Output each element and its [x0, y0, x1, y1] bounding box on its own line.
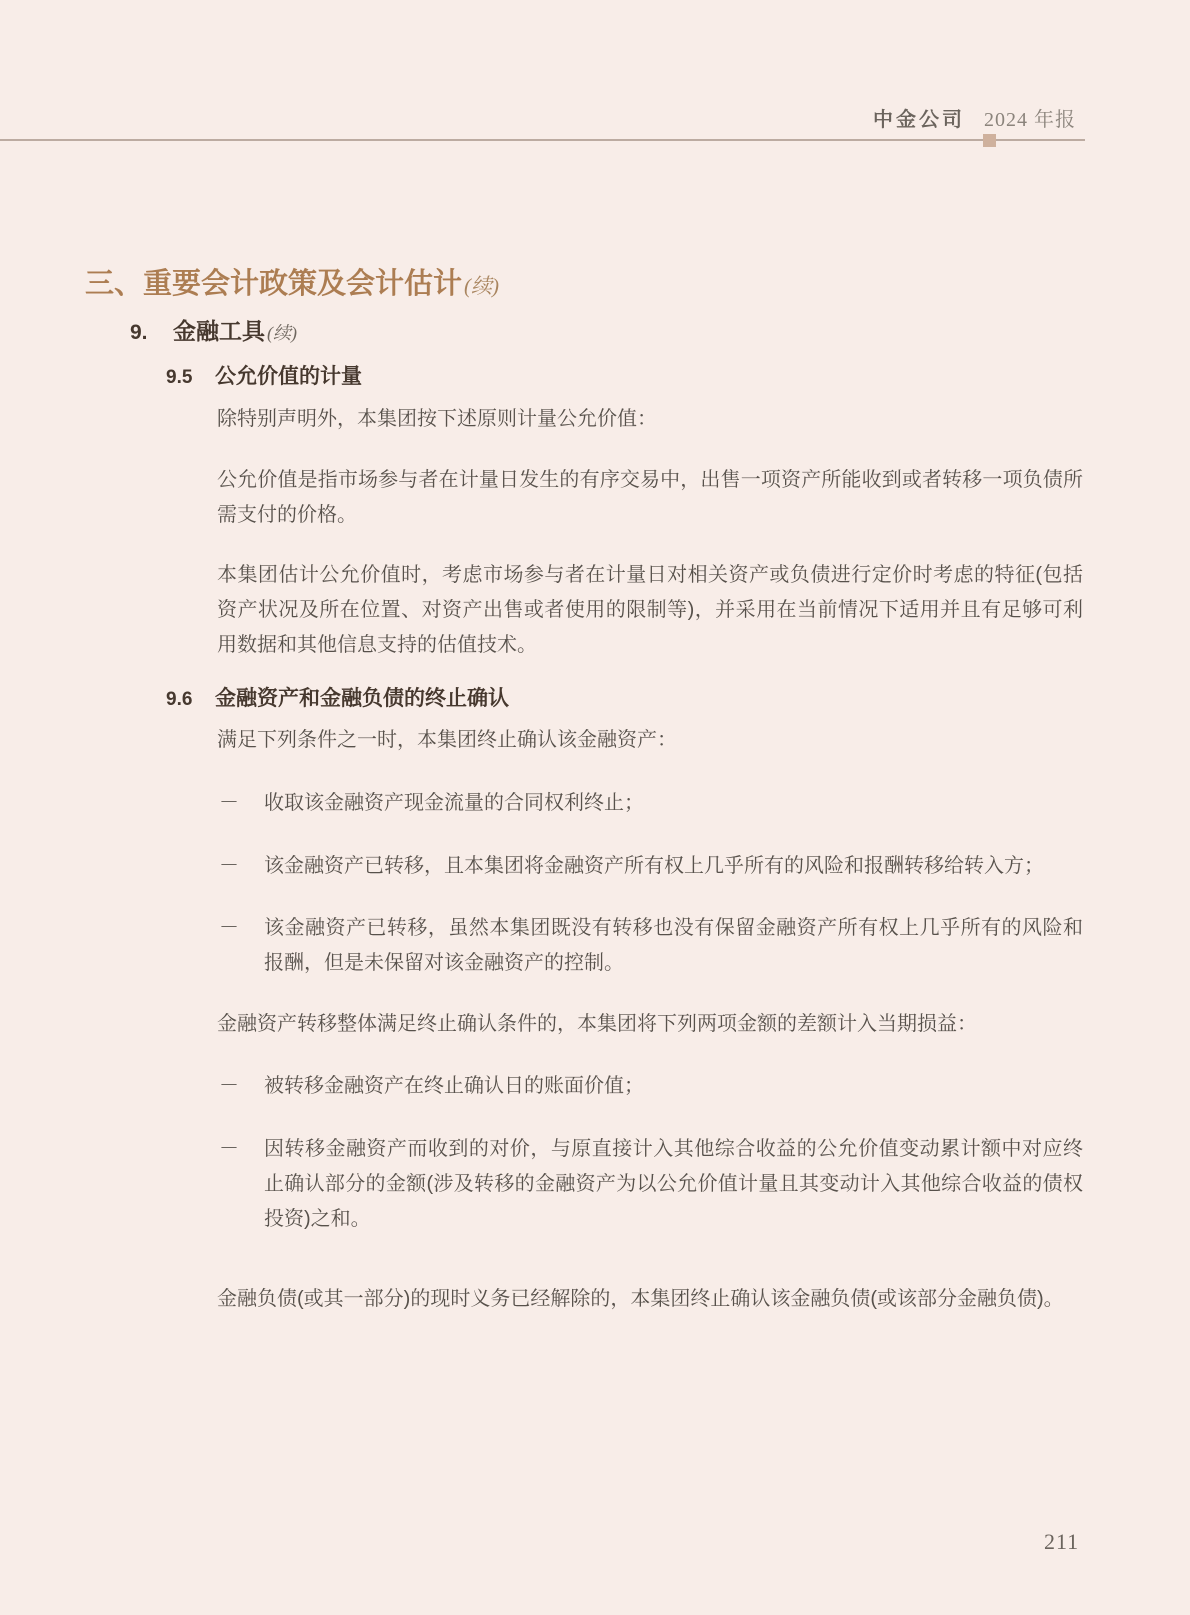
page-number: 211 [1044, 1529, 1079, 1555]
dash-bullet-marker: － [219, 911, 239, 946]
dash-bullet-marker: － [219, 849, 239, 884]
list-item-text: 该金融资产已转移，且本集团将金融资产所有权上几乎所有的风险和报酬转移给转入方； [264, 849, 1083, 884]
heading-9-5-fair-value: 9.5公允价值的计量 [166, 360, 362, 390]
list-item-text: 收取该金融资产现金流量的合同权利终止； [264, 786, 1083, 821]
dash-bullet-marker: － [219, 1069, 239, 1104]
heading-9-6-derecognition: 9.6金融资产和金融负债的终止确认 [166, 682, 509, 712]
dash-bullet-marker: － [219, 1132, 239, 1167]
document-page: 中金公司 2024 年报 三、重要会计政策及会计估计(续) 9.金融工具(续) … [0, 0, 1190, 1615]
list-item: － 该金融资产已转移，虽然本集团既没有转移也没有保留金融资产所有权上几乎所有的风… [219, 911, 1083, 981]
list-item-text: 被转移金融资产在终止确认日的账面价值； [264, 1069, 1083, 1104]
subsection-title-text: 金融工具 [173, 318, 265, 344]
subsection-continued-suffix: (续) [267, 323, 297, 343]
section-title-text: 三、重要会计政策及会计估计 [85, 268, 462, 300]
subsection-number: 9. [130, 321, 173, 345]
header-report-year: 2024 年报 [984, 109, 1076, 131]
header-rule-line [0, 139, 1085, 141]
header-rule-square-marker [983, 134, 996, 147]
dash-bullet-marker: － [219, 786, 239, 821]
header-company-name: 中金公司 [873, 109, 965, 131]
heading-9-5-title: 公允价值的计量 [215, 365, 362, 388]
heading-9-6-title: 金融资产和金融负债的终止确认 [215, 687, 509, 710]
list-item: － 该金融资产已转移，且本集团将金融资产所有权上几乎所有的风险和报酬转移给转入方… [219, 849, 1083, 884]
paragraph-fair-value-2: 公允价值是指市场参与者在计量日发生的有序交易中，出售一项资产所能收到或者转移一项… [217, 463, 1083, 533]
heading-9-6-number: 9.6 [166, 689, 215, 711]
list-item: － 收取该金融资产现金流量的合同权利终止； [219, 786, 1083, 821]
page-header: 中金公司 2024 年报 [873, 103, 1076, 132]
section-title: 三、重要会计政策及会计估计(续) [85, 261, 499, 302]
heading-9-5-number: 9.5 [166, 367, 215, 389]
section-title-continued-suffix: (续) [464, 274, 499, 298]
paragraph-fair-value-1: 除特别声明外，本集团按下述原则计量公允价值： [217, 402, 1083, 437]
list-item: － 被转移金融资产在终止确认日的账面价值； [219, 1069, 1083, 1104]
paragraph-transfer-note: 金融资产转移整体满足终止确认条件的，本集团将下列两项金额的差额计入当期损益： [217, 1007, 1083, 1042]
subsection-heading-9: 9.金融工具(续) [130, 313, 297, 346]
paragraph-derecognition-intro: 满足下列条件之一时，本集团终止确认该金融资产： [217, 723, 1083, 758]
list-item-text: 该金融资产已转移，虽然本集团既没有转移也没有保留金融资产所有权上几乎所有的风险和… [264, 911, 1083, 981]
list-item-text: 因转移金融资产而收到的对价，与原直接计入其他综合收益的公允价值变动累计额中对应终… [264, 1132, 1083, 1237]
paragraph-liability-note: 金融负债(或其一部分)的现时义务已经解除的，本集团终止确认该金融负债(或该部分金… [217, 1282, 1083, 1317]
paragraph-fair-value-3: 本集团估计公允价值时，考虑市场参与者在计量日对相关资产或负债进行定价时考虑的特征… [217, 558, 1083, 663]
list-item: － 因转移金融资产而收到的对价，与原直接计入其他综合收益的公允价值变动累计额中对… [219, 1132, 1083, 1237]
